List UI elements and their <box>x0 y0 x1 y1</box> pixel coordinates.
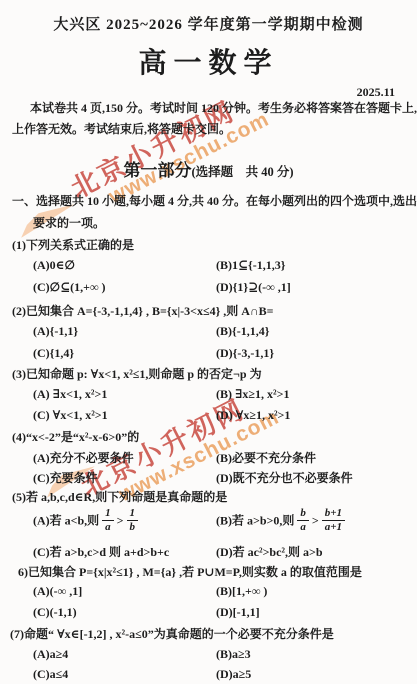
section-heading: 第一部分(选择题 共 40 分) <box>0 156 417 181</box>
option-7D: (D)a≥5 <box>216 667 251 682</box>
fraction-denominator: a <box>297 521 309 534</box>
option-6A: (A)(-∞ ,1] <box>33 584 82 599</box>
option-4B: (B)必要不充分条件 <box>216 449 316 466</box>
option-4D: (D)既不充分也不必要条件 <box>216 469 353 486</box>
question-1-stem: (1)下列关系式正确的是 <box>12 236 134 253</box>
question-5-options-row-1: (A)若 a<b,则1a>1b (B)若 a>b>0,则ba>b+1a+1 <box>33 503 411 539</box>
option-4A: (A)充分不必要条件 <box>33 449 134 466</box>
question-3-options-row-2: (C) ∀x<1, x²>1 (D) ∀x≥1, x²>1 <box>33 408 411 423</box>
option-5C: (C)若 a>b,c>d 则 a+d>b+c <box>33 543 169 560</box>
question-5-options-row-2: (C)若 a>b,c>d 则 a+d>b+c (D)若 ac²>bc²,则 a>… <box>33 543 411 560</box>
fraction-numerator: 1 <box>127 507 139 521</box>
option-4C: (C)充要条件 <box>33 469 98 486</box>
exam-header-line: 大兴区 2025~2026 学年度第一学期期中检测 <box>0 13 417 34</box>
option-1C: (C)∅⊆(1,+∞ ) <box>33 280 106 295</box>
notice-line-2: 上作答无效。考试结束后,将答题卡交回。 <box>12 120 231 137</box>
instruction-line-1: 一、选择题共 10 小题,每小题 4 分,共 40 分。在每小题列出的四个选项中… <box>12 192 417 209</box>
fraction-denominator: a+1 <box>322 521 345 534</box>
option-3C: (C) ∀x<1, x²>1 <box>33 408 108 423</box>
option-7A: (A)a≥4 <box>33 647 68 662</box>
option-5D: (D)若 ac²>bc²,则 a>b <box>216 543 323 560</box>
question-1-options-row-2: (C)∅⊆(1,+∞ ) (D){1}⊇(-∞ ,1] <box>33 280 411 295</box>
question-2-stem: (2)已知集合 A={-3,-1,1,4} , B={x|-3<x≤4} ,则 … <box>12 302 273 319</box>
question-4-options-row-2: (C)充要条件 (D)既不充分也不必要条件 <box>33 469 411 486</box>
option-1D: (D){1}⊇(-∞ ,1] <box>216 280 291 295</box>
question-7-stem: (7)命题“ ∀x∈[-1,2] , x²-a≤0”为真命题的一个必要不充分条件… <box>10 625 334 642</box>
exam-date: 2025.11 <box>357 85 395 100</box>
option-5A: (A)若 a<b,则1a>1b <box>33 508 141 535</box>
section-name: 第一部分 <box>123 161 191 180</box>
option-3D: (D) ∀x≥1, x²>1 <box>216 408 290 423</box>
comparator: > <box>117 513 124 527</box>
option-2A: (A){-1,1} <box>33 324 78 339</box>
option-5A-text: (A)若 a<b,则 <box>33 513 99 527</box>
fraction-numerator: 1 <box>102 507 114 521</box>
option-3B: (B) ∃x≥1, x²>1 <box>216 387 289 402</box>
fraction: 1a <box>102 507 114 534</box>
notice-line-1: 本试卷共 4 页,150 分。考试时间 120 分钟。考生务必将答案答在答题卡上… <box>30 99 417 116</box>
question-3-options-row-1: (A) ∃x<1, x²>1 (B) ∃x≥1, x²>1 <box>33 387 411 402</box>
fraction: 1b <box>127 507 139 534</box>
section-subtitle: (选择题 共 40 分) <box>191 165 293 179</box>
option-6D: (D)[-1,1] <box>216 605 260 620</box>
exam-title: 高一数学 <box>0 41 417 81</box>
option-2C: (C){1,4} <box>33 346 74 361</box>
question-4-options-row-1: (A)充分不必要条件 (B)必要不充分条件 <box>33 449 411 466</box>
fraction-denominator: b <box>127 521 139 534</box>
question-4-stem: (4)“x<-2”是“x²-x-6>0”的 <box>12 428 139 445</box>
option-5B-text: (B)若 a>b>0,则 <box>216 513 294 527</box>
question-1-options-row-1: (A)0∈∅ (B)1⊆{-1,1,3} <box>33 258 411 273</box>
question-7-options-row-2: (C)a≤4 (D)a≥5 <box>33 667 411 682</box>
option-7B: (B)a≥3 <box>216 647 251 662</box>
option-1A: (A)0∈∅ <box>33 258 75 273</box>
question-7-options-row-1: (A)a≥4 (B)a≥3 <box>33 647 411 662</box>
exam-page: 北京小升初网 www.xschu.com 北京小升初网 www.xschu.co… <box>0 0 417 684</box>
fraction-numerator: b <box>297 507 309 521</box>
option-6C: (C)(-1,1) <box>33 605 77 620</box>
question-2-options-row-2: (C){1,4} (D){-3,-1,1} <box>33 346 411 361</box>
question-2-options-row-1: (A){-1,1} (B){-1,1,4} <box>33 324 411 339</box>
question-6-stem: 6)已知集合 P={x|x²≤1} , M={a} ,若 P∪M=P,则实数 a… <box>18 563 362 580</box>
instruction-line-2: 要求的一项。 <box>33 214 105 231</box>
question-3-stem: (3)已知命题 p: ∀x<1, x²≤1,则命题 p 的否定¬p 为 <box>12 365 262 382</box>
option-2D: (D){-3,-1,1} <box>216 346 274 361</box>
comparator: > <box>312 513 319 527</box>
option-2B: (B){-1,1,4} <box>216 324 269 339</box>
option-3A: (A) ∃x<1, x²>1 <box>33 387 107 402</box>
option-1B: (B)1⊆{-1,1,3} <box>216 258 286 273</box>
question-6-options-row-1: (A)(-∞ ,1] (B)[1,+∞ ) <box>33 584 411 599</box>
option-7C: (C)a≤4 <box>33 667 68 682</box>
fraction-denominator: a <box>102 521 114 534</box>
watermark-site-name: 北京小升初网 <box>63 77 265 206</box>
fraction: ba <box>297 507 309 534</box>
option-5B: (B)若 a>b>0,则ba>b+1a+1 <box>216 508 348 535</box>
question-6-options-row-2: (C)(-1,1) (D)[-1,1] <box>33 605 411 620</box>
fraction-numerator: b+1 <box>322 507 345 521</box>
fraction: b+1a+1 <box>322 507 345 534</box>
option-6B: (B)[1,+∞ ) <box>216 584 267 599</box>
